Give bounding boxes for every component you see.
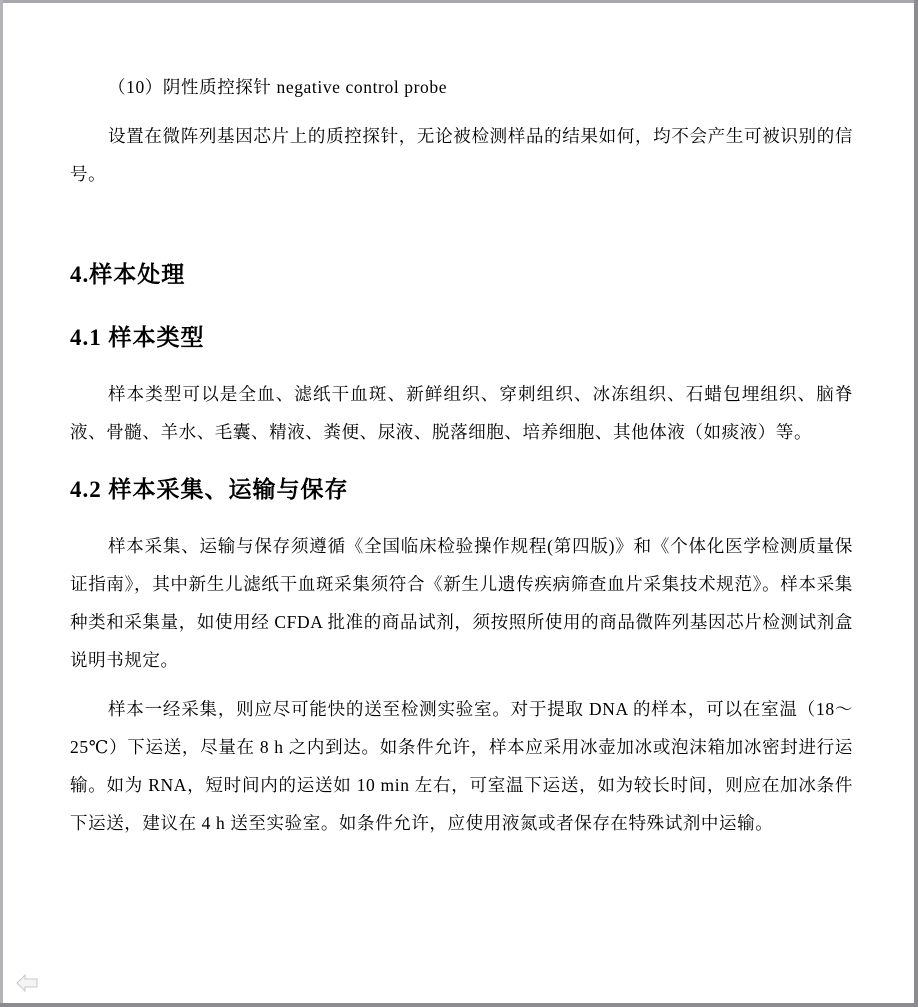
window-frame-bottom	[0, 1003, 918, 1007]
item10-body: 设置在微阵列基因芯片上的质控探针，无论被检测样品的结果如何，均不会产生可被识别的…	[70, 117, 853, 193]
section-4-1-body: 样本类型可以是全血、滤纸干血斑、新鲜组织、穿刺组织、冰冻组织、石蜡包埋组织、脑脊…	[70, 375, 853, 451]
section-4-heading: 4.样本处理	[70, 256, 185, 289]
section-4-1-heading: 4.1 样本类型	[70, 319, 205, 352]
section-4-2-paragraph-2: 样本一经采集，则应尽可能快的送至检测实验室。对于提取 DNA 的样本，可以在室温…	[70, 690, 853, 842]
window-frame-top	[0, 0, 918, 3]
window-frame-left	[0, 0, 3, 1007]
item10-title: （10）阴性质控探针 negative control probe	[108, 68, 853, 106]
back-arrow-icon[interactable]	[16, 974, 38, 992]
section-4-2-paragraph-1: 样本采集、运输与保存须遵循《全国临床检验操作规程(第四版)》和《个体化医学检测质…	[70, 527, 853, 679]
window-frame-right	[914, 0, 918, 1007]
section-4-2-heading: 4.2 样本采集、运输与保存	[70, 471, 349, 504]
